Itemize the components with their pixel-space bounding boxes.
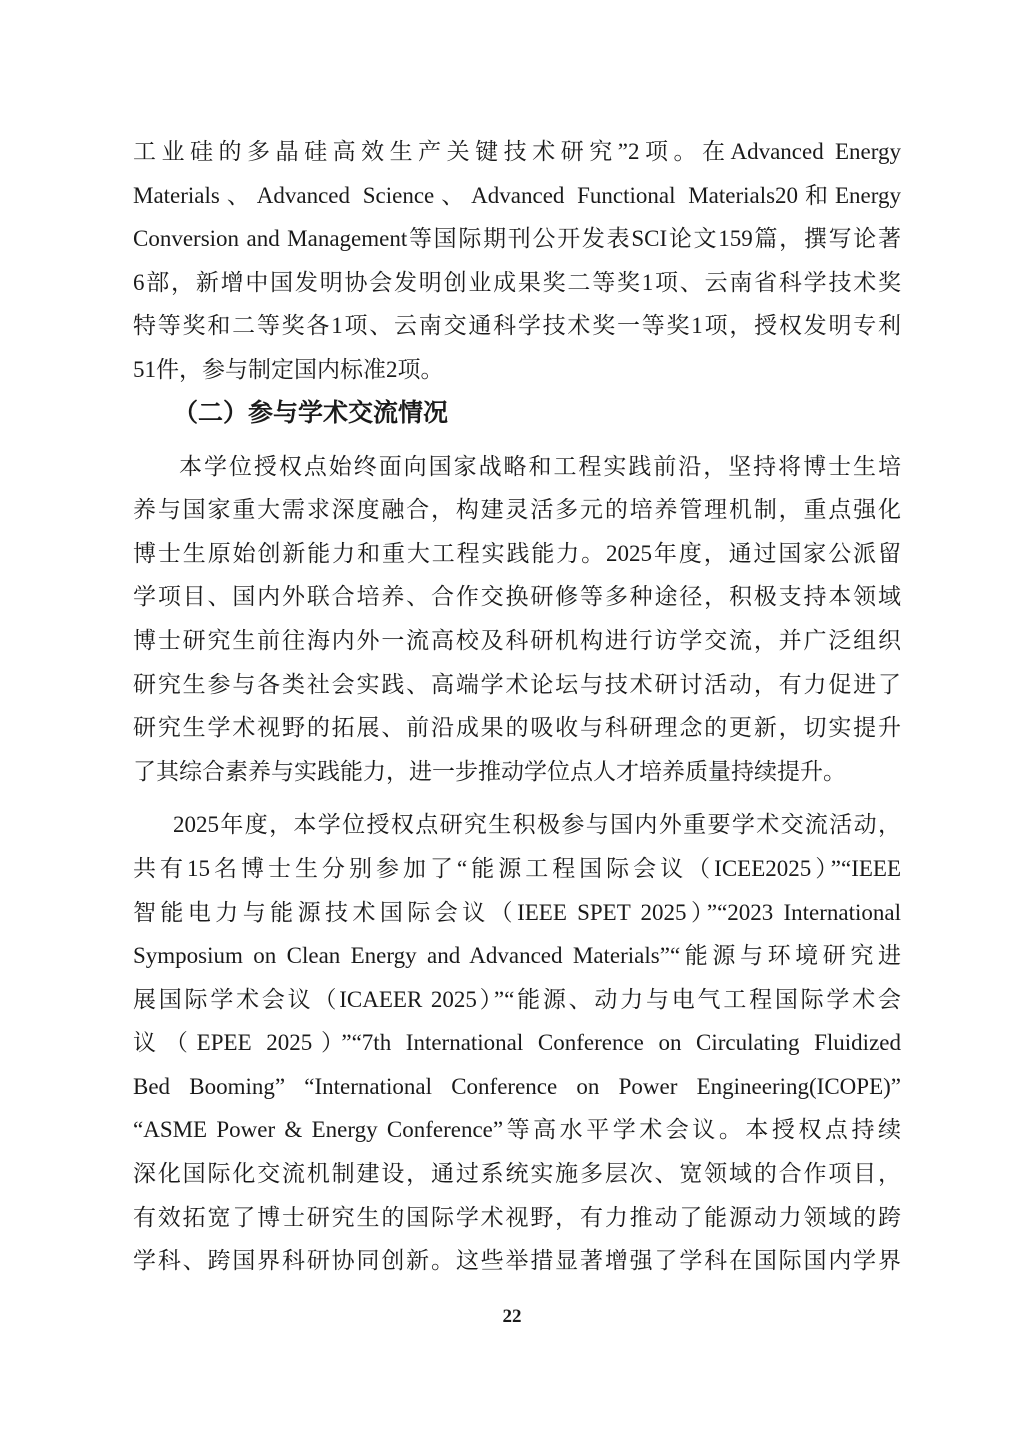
text-line: 特等奖和二等奖各1项、云南交通科学技术奖一等奖1项，授权发明专利 [133, 304, 901, 348]
document-page: 工业硅的多晶硅高效生产关键技术研究”2项。在Advanced EnergyMat… [0, 0, 1024, 1447]
text-line: 学项目、国内外联合培养、合作交换研修等多种途径，积极支持本领域 [133, 575, 901, 619]
text-line: 议（EPEE 2025）”“7th International Conferen… [133, 1021, 901, 1065]
text-line: 2025年度，本学位授权点研究生积极参与国内外重要学术交流活动， [133, 803, 901, 847]
section-heading: （二）参与学术交流情况 [133, 392, 901, 436]
text-line: 展国际学术会议（ICAEER 2025）”“能源、动力与电气工程国际学术会 [133, 978, 901, 1022]
text-line: 智能电力与能源技术国际会议（IEEE SPET 2025）”“2023 Inte… [133, 891, 901, 935]
text-line: 本学位授权点始终面向国家战略和工程实践前沿，坚持将博士生培 [133, 445, 901, 489]
text-line: 6部，新增中国发明协会发明创业成果奖二等奖1项、云南省科学技术奖 [133, 261, 901, 305]
paragraph-training: 本学位授权点始终面向国家战略和工程实践前沿，坚持将博士生培养与国家重大需求深度融… [133, 445, 901, 794]
text-line: 深化国际化交流机制建设，通过系统实施多层次、宽领域的合作项目， [133, 1152, 901, 1196]
text-line: Bed Booming” “International Conference o… [133, 1065, 901, 1109]
text-line: Materials、Advanced Science、Advanced Func… [133, 174, 901, 218]
text-line: 51件，参与制定国内标准2项。 [133, 348, 901, 392]
text-line: 共有15名博士生分别参加了“能源工程国际会议（ICEE2025）”“IEEE [133, 847, 901, 891]
text-line: 有效拓宽了博士研究生的国际学术视野，有力推动了能源动力领域的跨 [133, 1196, 901, 1240]
paragraph-conferences: 2025年度，本学位授权点研究生积极参与国内外重要学术交流活动，共有15名博士生… [133, 803, 901, 1283]
text-line: Conversion and Management等国际期刊公开发表SCI论文1… [133, 217, 901, 261]
text-line: 博士生原始创新能力和重大工程实践能力。2025年度，通过国家公派留 [133, 532, 901, 576]
text-line: 工业硅的多晶硅高效生产关键技术研究”2项。在Advanced Energy [133, 130, 901, 174]
text-line: 研究生学术视野的拓展、前沿成果的吸收与科研理念的更新，切实提升 [133, 706, 901, 750]
page-number: 22 [0, 1305, 1024, 1329]
text-line: “ASME Power & Energy Conference”等高水平学术会议… [133, 1108, 901, 1152]
paragraph-achievements: 工业硅的多晶硅高效生产关键技术研究”2项。在Advanced EnergyMat… [133, 130, 901, 392]
body-text: 工业硅的多晶硅高效生产关键技术研究”2项。在Advanced EnergyMat… [133, 130, 901, 1283]
text-line: 学科、跨国界科研协同创新。这些举措显著增强了学科在国际国内学界 [133, 1239, 901, 1283]
text-line: 研究生参与各类社会实践、高端学术论坛与技术研讨活动，有力促进了 [133, 663, 901, 707]
text-line: 博士研究生前往海内外一流高校及科研机构进行访学交流，并广泛组织 [133, 619, 901, 663]
text-line: 养与国家重大需求深度融合，构建灵活多元的培养管理机制，重点强化 [133, 488, 901, 532]
text-line: Symposium on Clean Energy and Advanced M… [133, 934, 901, 978]
text-line: 了其综合素养与实践能力，进一步推动学位点人才培养质量持续提升。 [133, 750, 901, 794]
